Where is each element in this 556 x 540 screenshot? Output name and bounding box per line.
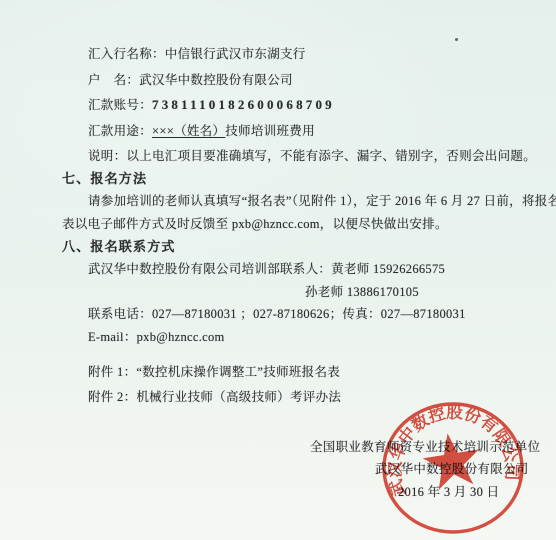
scanned-notice-page: 汇入行名称：中信银行武汉市东湖支行 户 名：武汉华中数控股份有限公司 汇款账号：… [0,0,556,540]
seal-star-icon [419,429,484,492]
seal-rotated-group: 武汉华中数控股份有限公司 [375,392,525,503]
company-seal: 武汉华中数控股份有限公司 [0,0,556,540]
